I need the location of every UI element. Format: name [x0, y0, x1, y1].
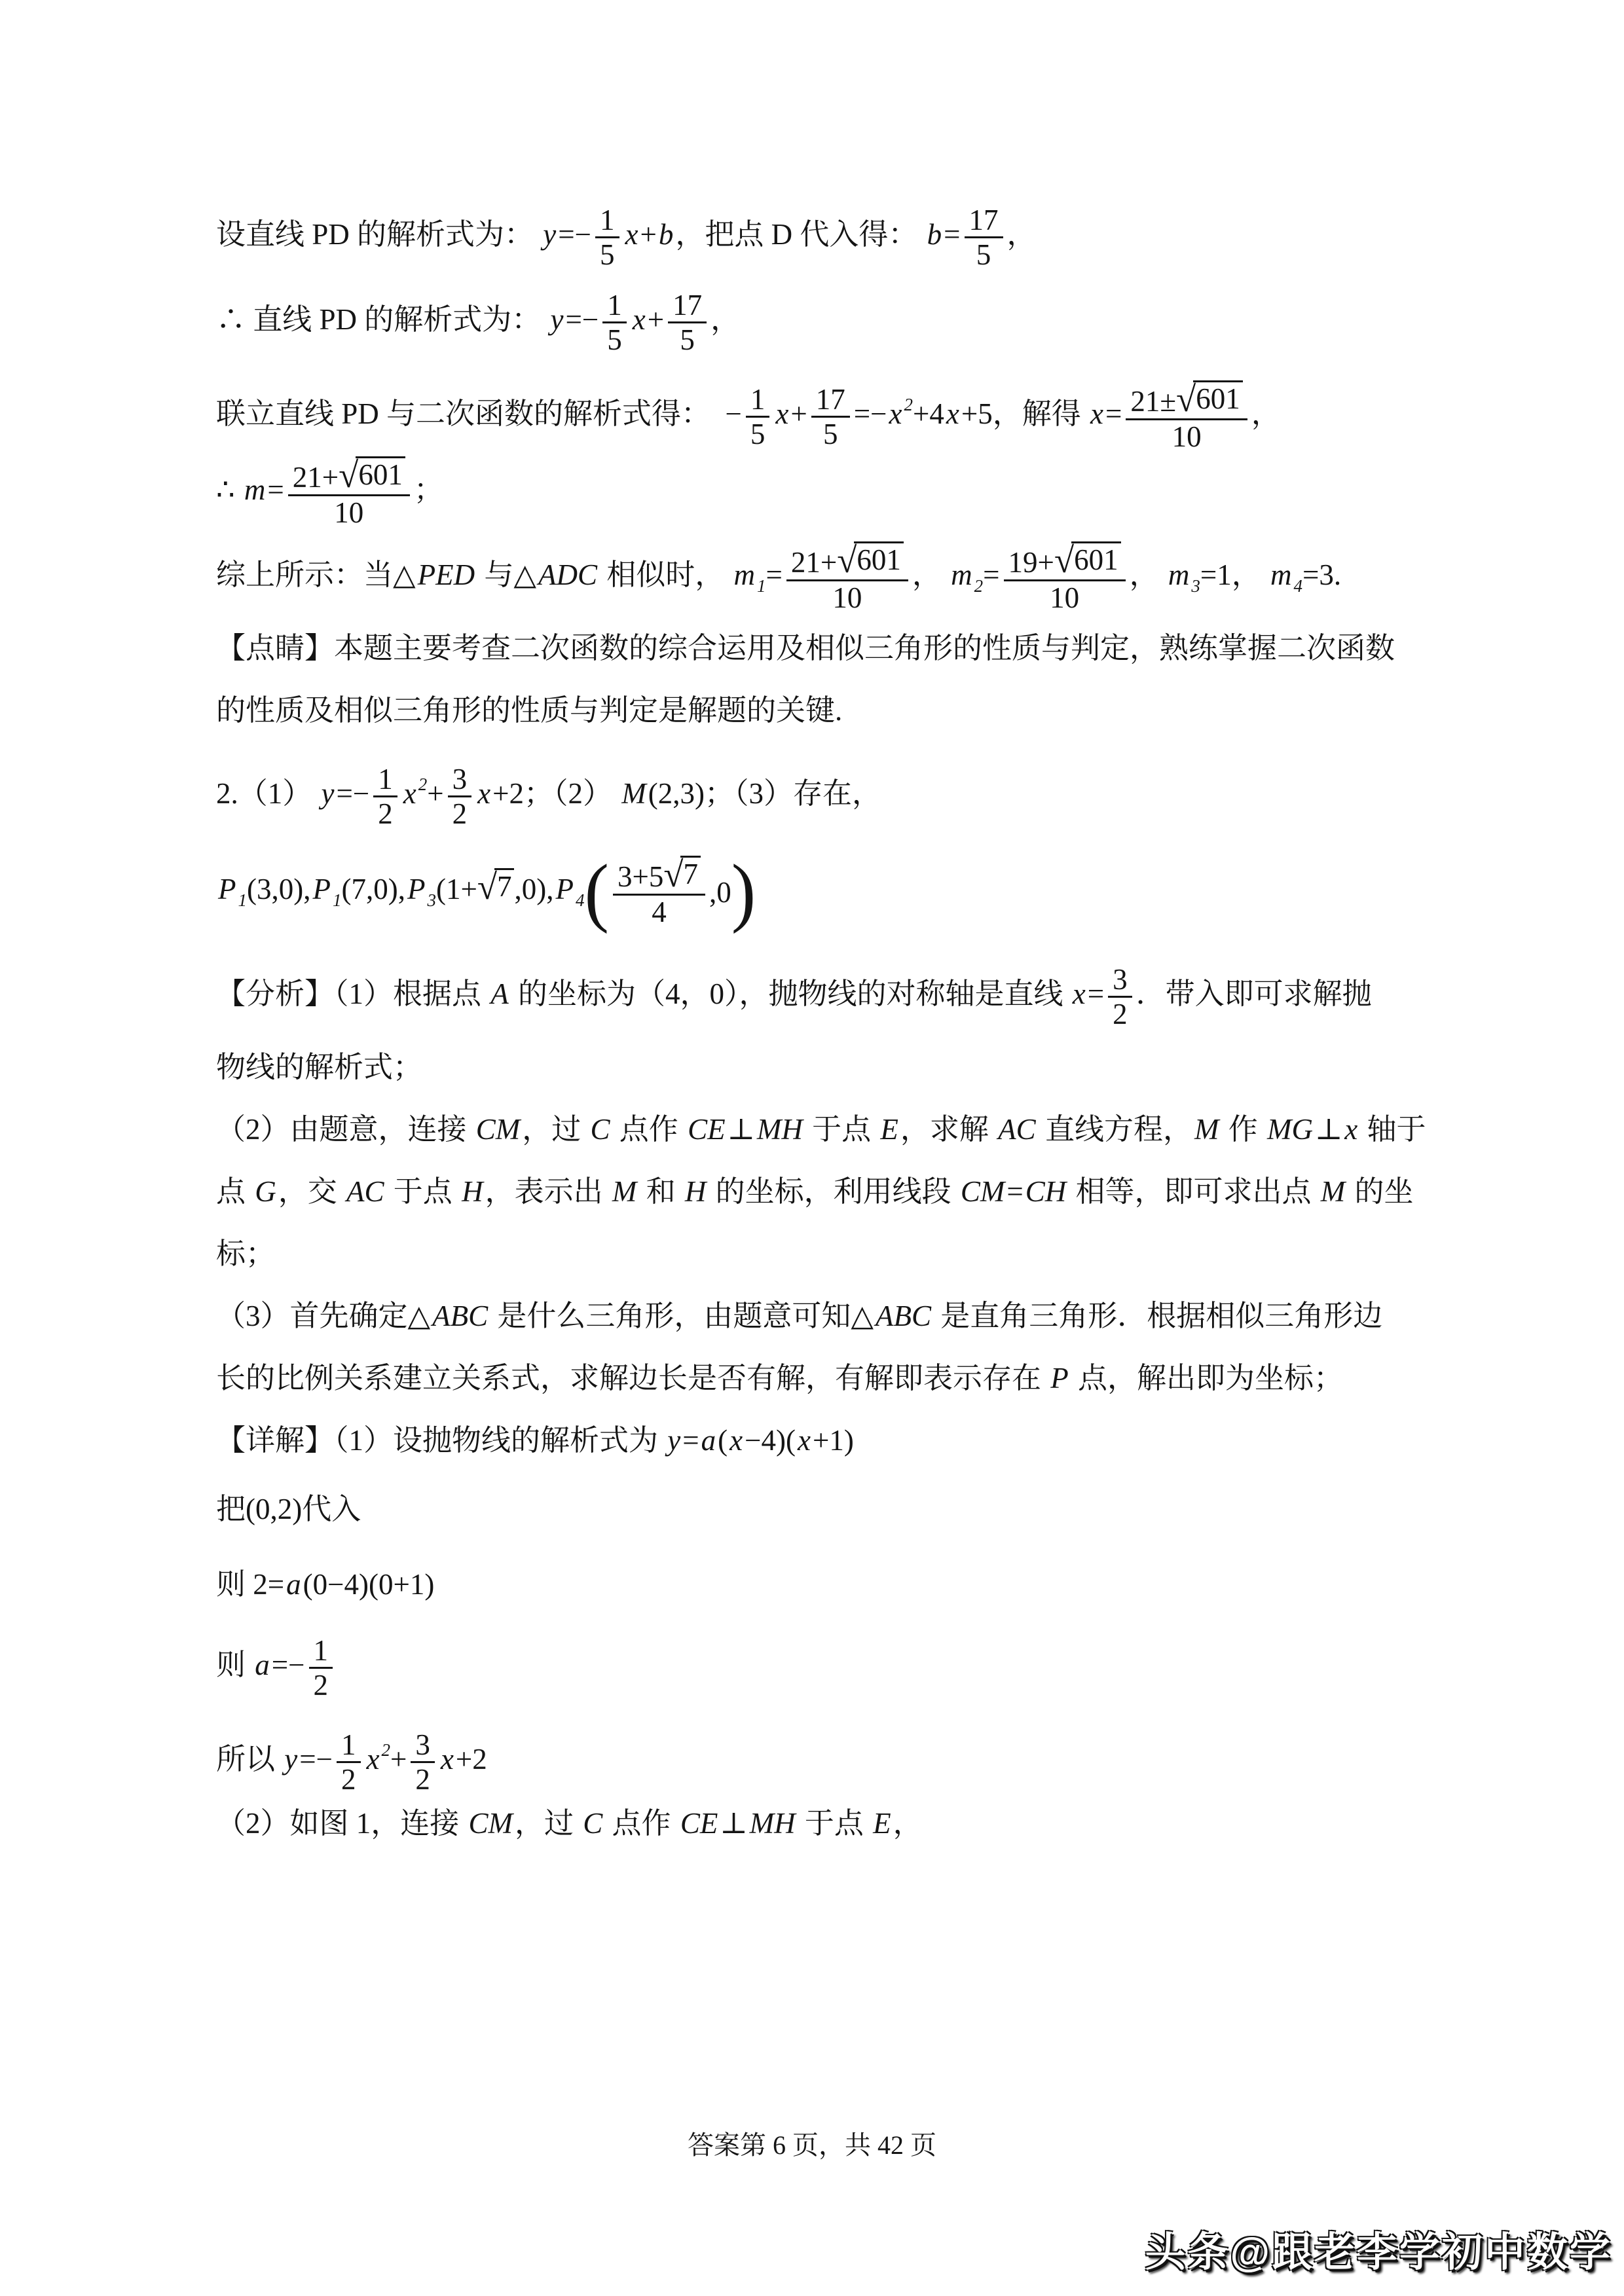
fraction-numerator: 17: [965, 204, 1003, 238]
right-paren-icon: ): [731, 858, 756, 927]
fraction-numerator: 1: [337, 1728, 361, 1763]
square-root: √7: [663, 856, 701, 894]
text-run: 5: [600, 238, 615, 271]
fraction-numerator: 1: [595, 204, 619, 238]
content-line: 把(0,2)代入: [216, 1472, 1414, 1547]
content-line: 【分析】（1）根据点 A 的坐标为（4，0），抛物线的对称轴是直线 x=32．带…: [216, 951, 1414, 1036]
text-run: +2；（2）: [492, 777, 619, 810]
text-run: 7: [497, 870, 512, 903]
fraction-denominator: 2: [1108, 998, 1132, 1030]
fraction: 15: [595, 204, 619, 272]
content-line: 则 2=a(0−4)(0+1): [216, 1547, 1414, 1622]
math-variable: P: [1048, 1362, 1071, 1394]
text-run: 的性质及相似三角形的性质与判定是解题的关键.: [216, 694, 842, 727]
text-run: ，: [893, 1807, 923, 1840]
text-run: 点作: [612, 1113, 686, 1146]
fraction-numerator: 1: [373, 763, 397, 797]
text-run: 点，解出即为坐标；: [1071, 1362, 1343, 1394]
subscript: 4: [1293, 576, 1302, 596]
text-run: 的坐标为（4，0），抛物线的对称轴是直线: [511, 977, 1071, 1010]
text-run: 3: [1113, 963, 1128, 996]
text-run: =−: [272, 1649, 305, 1681]
math-variable: m: [242, 473, 268, 506]
text-run: 和: [638, 1175, 683, 1208]
math-variable: x: [944, 397, 961, 430]
fraction-denominator: 5: [819, 418, 843, 450]
text-run: 长的比例关系建立关系式，求解边长是否有解，有解即表示存在: [216, 1362, 1048, 1394]
text-run: 1: [600, 204, 615, 236]
content-line: P1(3,0),P1(7,0),P3(1+√7,0),P4(3+5√74,0): [216, 827, 1414, 951]
fraction-denominator: 5: [595, 238, 619, 271]
text-run: 于点: [805, 1113, 879, 1146]
superscript: 2: [382, 1740, 391, 1760]
text-run: 【详解】（1）设抛物线的解析式为: [216, 1424, 665, 1457]
text-run: 把(0,2)代入: [216, 1493, 361, 1525]
content-line: （3）首先确定△ABC 是什么三角形，由题意可知△ABC 是直角三角形．根据相似…: [216, 1285, 1414, 1347]
fraction-denominator: 2: [448, 797, 472, 830]
math-variable: x: [1088, 397, 1105, 430]
fraction-denominator: 5: [675, 323, 699, 356]
math-variable: H: [683, 1175, 709, 1208]
fraction-denominator: 5: [972, 238, 996, 271]
math-variable: y: [320, 777, 337, 810]
left-paren-icon: (: [584, 858, 608, 927]
text-run: 7: [683, 858, 698, 890]
subscript: 1: [238, 890, 248, 910]
text-run: 21±: [1130, 385, 1176, 418]
square-root: √601: [1176, 380, 1243, 418]
text-run: 【分析】（1）根据点: [216, 977, 489, 1010]
text-run: ，: [1251, 397, 1281, 430]
subscript: 4: [576, 890, 585, 910]
text-run: =: [1006, 1175, 1023, 1208]
text-run: 所以: [216, 1743, 282, 1776]
math-variable: a: [253, 1649, 272, 1681]
math-variable: P: [310, 873, 333, 905]
fraction-numerator: 21+√601: [786, 541, 908, 581]
math-variable: y: [549, 303, 566, 336]
text-run: +: [790, 397, 807, 430]
fraction-numerator: 3+5√7: [613, 856, 705, 896]
text-run: +4: [913, 397, 944, 430]
text-run: ，: [912, 558, 949, 591]
math-variable: m: [1268, 558, 1294, 591]
content-line: 标；: [216, 1223, 1414, 1285]
text-run: 则: [216, 1649, 253, 1681]
text-run: 601: [1074, 543, 1118, 576]
superscript: 2: [904, 395, 913, 414]
text-run: 10: [334, 496, 363, 529]
content-line: 所以 y=−12x2+32x+2: [216, 1707, 1414, 1793]
text-run: 联立直线 PD 与二次函数的解析式得： −: [216, 397, 742, 430]
fraction-numerator: 19+√601: [1004, 541, 1126, 581]
text-run: 点: [216, 1175, 253, 1208]
text-run: 601: [857, 543, 901, 576]
fraction-denominator: 10: [329, 496, 368, 529]
text-run: 轴于: [1359, 1113, 1426, 1146]
math-variable: x: [631, 303, 648, 336]
fraction: 15: [746, 383, 770, 451]
content-line: 【详解】（1）设抛物线的解析式为 y=a(x−4)(x+1): [216, 1410, 1414, 1472]
math-variable: b: [657, 218, 676, 251]
fraction: 12: [373, 763, 397, 831]
radicand: 601: [1071, 541, 1121, 576]
text-run: =−: [558, 218, 591, 251]
fraction-numerator: 21±√601: [1126, 380, 1247, 420]
text-run: ,0),: [514, 873, 553, 905]
text-run: 19+: [1008, 546, 1054, 579]
text-run: 21+: [293, 461, 339, 494]
fraction-numerator: 17: [811, 383, 850, 418]
content-line: 则 a=−12: [216, 1622, 1414, 1707]
text-run: 【点睛】本题主要考查二次函数的综合运用及相似三角形的性质与判定，熟练掌握二次函数: [216, 632, 1395, 665]
fraction: 15: [602, 289, 627, 357]
fraction: 175: [965, 204, 1003, 272]
square-root: √601: [339, 456, 405, 494]
content-line: 设直线 PD 的解析式为： y=−15x+b，把点 D 代入得： b=175，: [216, 192, 1414, 277]
math-variable: ABC: [874, 1300, 933, 1332]
math-variable: ADC: [536, 558, 599, 591]
text-run: =: [682, 1424, 699, 1457]
text-run: 点作: [604, 1807, 678, 1840]
subscript: 1: [757, 576, 766, 596]
fraction-denominator: 2: [309, 1669, 333, 1702]
radicand: 7: [494, 868, 515, 903]
text-run: +: [640, 218, 657, 251]
math-variable: ABC: [430, 1300, 490, 1332]
math-variable: A: [489, 977, 511, 1010]
math-variable: y: [541, 218, 558, 251]
text-run: 1: [341, 1728, 356, 1761]
text-run: 物线的解析式；: [216, 1051, 422, 1084]
text-run: =: [944, 218, 960, 251]
text-run: 设直线 PD 的解析式为：: [216, 218, 541, 251]
page-number-footer: 答案第 6 页，共 42 页: [0, 2124, 1624, 2162]
fraction: 21+√60110: [786, 541, 908, 614]
math-variable: a: [699, 1424, 718, 1457]
math-variable: CE: [678, 1807, 720, 1840]
content-line: 【点睛】本题主要考查二次函数的综合运用及相似三角形的性质与判定，熟练掌握二次函数: [216, 617, 1414, 680]
text-run: +5，解得: [961, 397, 1088, 430]
content-line: 综上所示：当△PED 与△ADC 相似时， m1=21+√60110， m2=1…: [216, 532, 1414, 617]
fraction: 12: [337, 1728, 361, 1796]
math-variable: y: [282, 1743, 299, 1776]
square-root: √7: [477, 868, 515, 906]
text-run: 10: [1050, 581, 1079, 614]
math-variable: m: [949, 558, 974, 591]
content-line: 2.（1） y=−12x2+32x+2；（2） M(2,3)；（3）存在，: [216, 742, 1414, 827]
fraction-denominator: 2: [337, 1763, 361, 1796]
math-variable: MH: [748, 1807, 798, 1840]
fraction: 32: [411, 1728, 435, 1796]
text-run: （2）如图 1，连接: [216, 1807, 467, 1840]
text-run: ．带入即可求解抛: [1136, 977, 1372, 1010]
text-run: 1: [314, 1634, 329, 1667]
math-variable: x: [887, 397, 904, 430]
math-variable: PED: [416, 558, 477, 591]
content-line: 点 G，交 AC 于点 H，表示出 M 和 H 的坐标，利用线段 CM=CH 相…: [216, 1161, 1414, 1223]
content-line: （2）由题意，连接 CM，过 C 点作 CE⊥MH 于点 E，求解 AC 直线方…: [216, 1099, 1414, 1161]
text-run: 10: [1172, 420, 1202, 453]
math-variable: E: [871, 1807, 893, 1840]
fraction-numerator: 1: [746, 383, 770, 418]
text-run: =: [766, 558, 782, 591]
text-run: （3）首先确定△: [216, 1300, 430, 1332]
superscript: 2: [418, 774, 428, 794]
radicand: 7: [680, 856, 701, 890]
text-run: +: [390, 1743, 407, 1776]
text-run: 于点: [798, 1807, 872, 1840]
variable-with-subscript: P1: [216, 873, 247, 905]
math-variable: C: [581, 1807, 604, 1840]
text-run: ⊥: [720, 1807, 747, 1840]
fraction: 21+√60110: [288, 456, 410, 529]
fraction-denominator: 4: [647, 896, 671, 928]
math-variable: CM: [467, 1807, 515, 1840]
content-line: ∴ m=21+√60110；: [216, 447, 1414, 532]
text-run: 601: [358, 458, 403, 491]
fraction: 21±√60110: [1126, 380, 1247, 453]
text-run: =: [267, 473, 284, 506]
text-run: ,0: [709, 830, 731, 955]
math-variable: b: [925, 218, 944, 251]
text-run: 3+5: [618, 860, 663, 893]
text-run: ∴ 直线 PD 的解析式为：: [216, 303, 549, 336]
text-run: 综上所示：当△: [216, 558, 416, 591]
text-run: ⊥: [1315, 1113, 1342, 1146]
fraction-numerator: 1: [602, 289, 627, 323]
square-root: √601: [1054, 541, 1121, 579]
content-line: 物线的解析式；: [216, 1036, 1414, 1099]
math-variable: y: [665, 1424, 682, 1457]
text-run: 相似时，: [599, 558, 732, 591]
variable-with-superscript: x2: [887, 397, 913, 430]
text-run: 21+: [791, 546, 837, 579]
variable-with-subscript: m2: [949, 558, 983, 591]
math-variable: a: [284, 1568, 303, 1601]
text-run: (1+: [436, 873, 477, 905]
text-run: 2: [314, 1669, 329, 1702]
text-run: (2,3)；（3）存在，: [648, 777, 881, 810]
text-run: 601: [1196, 382, 1240, 415]
radicand: 601: [854, 541, 904, 576]
text-run: 是直角三角形．根据相似三角形边: [933, 1300, 1382, 1332]
text-run: 直线方程，: [1038, 1113, 1192, 1146]
subscript: 2: [974, 576, 984, 596]
math-variable: x: [728, 1424, 745, 1457]
text-run: 2: [378, 797, 393, 830]
text-run: 于点: [386, 1175, 460, 1208]
fraction-denominator: 10: [828, 581, 866, 614]
text-run: =−: [566, 303, 599, 336]
math-variable: AC: [344, 1175, 386, 1208]
math-variable: E: [878, 1113, 900, 1146]
math-variable: C: [589, 1113, 612, 1146]
text-run: ⊥: [728, 1113, 755, 1146]
text-run: 相等，即可求出点: [1068, 1175, 1319, 1208]
variable-with-subscript: m3: [1166, 558, 1200, 591]
content-line: 的性质及相似三角形的性质与判定是解题的关键.: [216, 680, 1414, 742]
text-run: 1: [750, 383, 766, 416]
paren-group: (3+5√74,0): [584, 830, 756, 955]
math-variable: G: [253, 1175, 278, 1208]
fraction: 12: [309, 1634, 333, 1702]
fraction: 175: [811, 383, 850, 451]
text-run: ，过: [515, 1807, 581, 1840]
text-run: =: [1105, 397, 1122, 430]
math-variable: x: [401, 777, 418, 810]
math-variable: P: [553, 873, 576, 905]
content-line: （2）如图 1，连接 CM，过 C 点作 CE⊥MH 于点 E，: [216, 1793, 1414, 1855]
text-run: 2: [1113, 998, 1128, 1030]
text-run: +2: [456, 1743, 487, 1776]
math-variable: x: [475, 777, 492, 810]
content-line: 联立直线 PD 与二次函数的解析式得： −15x+175=−x2+4x+5，解得…: [216, 362, 1414, 447]
text-run: 的坐: [1347, 1175, 1413, 1208]
page-content: 设直线 PD 的解析式为： y=−15x+b，把点 D 代入得： b=175，∴…: [216, 192, 1414, 1855]
text-run: =1，: [1200, 558, 1268, 591]
math-variable: x: [773, 397, 790, 430]
fraction-denominator: 2: [373, 797, 397, 830]
text-run: =: [1088, 977, 1104, 1010]
text-run: ，: [1130, 558, 1166, 591]
fraction: 3+5√74: [613, 856, 705, 928]
math-variable: AC: [996, 1113, 1038, 1146]
math-variable: MG: [1265, 1113, 1315, 1146]
text-run: 与△: [477, 558, 536, 591]
fraction-numerator: 21+√601: [288, 456, 410, 496]
fraction: 32: [1108, 963, 1132, 1031]
text-run: =−: [854, 397, 887, 430]
fraction-numerator: 3: [448, 763, 472, 797]
text-run: 17: [969, 204, 999, 236]
math-variable: x: [1342, 1113, 1359, 1146]
fraction-denominator: 10: [1045, 581, 1084, 614]
variable-with-subscript: m4: [1268, 558, 1302, 591]
text-run: +1): [813, 1424, 854, 1457]
math-variable: x: [1071, 977, 1088, 1010]
text-run: ，把点 D 代入得：: [675, 218, 925, 251]
fraction: 19+√60110: [1004, 541, 1126, 614]
math-variable: M: [619, 777, 648, 810]
text-run: =: [983, 558, 999, 591]
text-run: 2.（1）: [216, 777, 320, 810]
text-run: =3.: [1302, 558, 1341, 591]
text-run: 5: [607, 323, 622, 356]
text-run: ，交: [278, 1175, 344, 1208]
subscript: 1: [333, 890, 342, 910]
variable-with-subscript: P4: [553, 873, 584, 905]
math-variable: m: [731, 558, 757, 591]
text-run: 5: [823, 418, 838, 450]
text-run: 1: [607, 289, 622, 321]
fraction-denominator: 5: [746, 418, 770, 450]
text-run: −4)(: [745, 1424, 796, 1457]
square-root: √601: [837, 541, 904, 579]
variable-with-superscript: x2: [401, 777, 427, 810]
text-run: ，: [1007, 218, 1037, 251]
fraction-numerator: 1: [309, 1634, 333, 1669]
text-run: 是什么三角形，由题意可知△: [490, 1300, 874, 1332]
variable-with-subscript: m1: [731, 558, 766, 591]
text-run: 则 2=: [216, 1568, 284, 1601]
text-run: ，求解: [900, 1113, 996, 1146]
text-run: ，表示出: [485, 1175, 610, 1208]
math-variable: H: [460, 1175, 485, 1208]
text-run: 17: [816, 383, 845, 416]
math-variable: CE: [686, 1113, 728, 1146]
math-variable: P: [216, 873, 238, 905]
text-run: 作: [1221, 1113, 1265, 1146]
content-line: ∴ 直线 PD 的解析式为： y=−15x+175，: [216, 277, 1414, 362]
text-run: 标；: [216, 1237, 275, 1270]
text-run: (: [718, 1424, 728, 1457]
text-run: （2）由题意，连接: [216, 1113, 474, 1146]
fraction-denominator: 5: [602, 323, 627, 356]
text-run: 的坐标，利用线段: [708, 1175, 959, 1208]
variable-with-subscript: P3: [405, 873, 436, 905]
math-variable: M: [610, 1175, 639, 1208]
subscript: 3: [427, 890, 436, 910]
math-variable: x: [439, 1743, 456, 1776]
math-variable: CM: [959, 1175, 1007, 1208]
math-variable: x: [623, 218, 640, 251]
fraction-numerator: 17: [668, 289, 707, 323]
text-run: 4: [652, 896, 667, 928]
text-run: ；: [414, 473, 443, 506]
text-run: 5: [680, 323, 695, 356]
watermark-text: 头条@跟老李学初中数学: [1145, 2219, 1612, 2278]
text-run: 2: [415, 1763, 430, 1796]
text-run: 2: [341, 1763, 356, 1796]
text-run: (3,0),: [247, 873, 310, 905]
text-run: ∴: [216, 473, 242, 506]
text-run: 3: [452, 763, 468, 795]
fraction-numerator: 3: [411, 1728, 435, 1763]
math-variable: M: [1192, 1113, 1221, 1146]
math-variable: P: [405, 873, 428, 905]
math-variable: m: [1166, 558, 1192, 591]
text-run: =−: [337, 777, 370, 810]
text-run: 3: [415, 1728, 430, 1761]
text-run: 2: [452, 797, 468, 830]
text-run: (7,0),: [341, 873, 405, 905]
math-variable: MH: [755, 1113, 805, 1146]
math-variable: x: [796, 1424, 813, 1457]
text-run: 5: [750, 418, 766, 450]
fraction-denominator: 10: [1168, 420, 1206, 453]
text-run: 10: [832, 581, 862, 614]
text-run: ，: [710, 303, 740, 336]
variable-with-subscript: P1: [310, 873, 341, 905]
text-run: 5: [976, 238, 991, 271]
fraction: 32: [448, 763, 472, 831]
content-line: 长的比例关系建立关系式，求解边长是否有解，有解即表示存在 P 点，解出即为坐标；: [216, 1347, 1414, 1410]
text-run: =−: [299, 1743, 333, 1776]
text-run: 17: [673, 289, 702, 321]
math-variable: CH: [1024, 1175, 1069, 1208]
math-variable: x: [365, 1743, 382, 1776]
text-run: +: [648, 303, 664, 336]
radicand: 601: [1193, 380, 1243, 415]
math-variable: CM: [474, 1113, 523, 1146]
radicand: 601: [356, 456, 405, 491]
fraction-denominator: 2: [411, 1763, 435, 1796]
subscript: 3: [1191, 576, 1200, 596]
math-variable: M: [1319, 1175, 1348, 1208]
fraction-numerator: 3: [1108, 963, 1132, 998]
text-run: +: [427, 777, 443, 810]
